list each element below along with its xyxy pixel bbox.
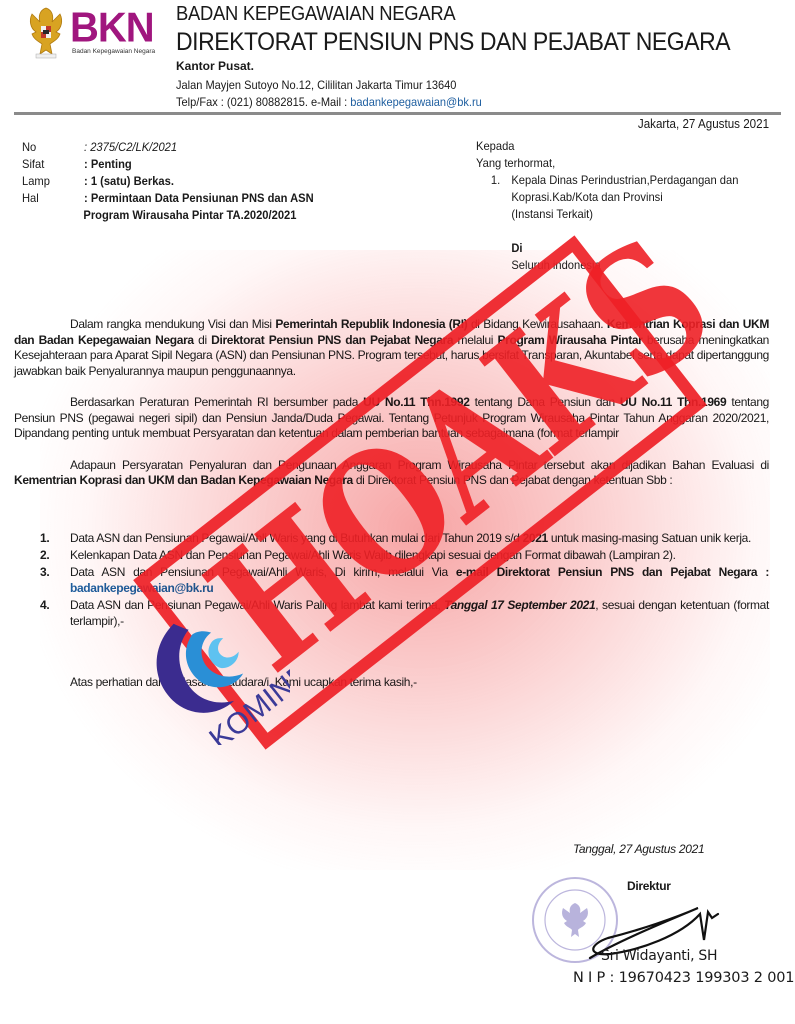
emphasized-text: Direktorat Pensiun PNS dan Pejabat Negar… <box>211 333 453 347</box>
meta-key: Hal <box>22 190 80 207</box>
list-text-run: e-mail Direktorat Pensiun PNS dan Pejaba… <box>456 565 769 579</box>
meta-row-attachment: Lamp : 1 (satu) Berkas. <box>22 173 331 190</box>
signature-date: Tanggal, 27 Agustus 2021 <box>573 842 704 856</box>
garuda-emblem-icon <box>26 4 66 60</box>
bkn-logo-subtitle: Badan Kepegawaian Negara <box>72 48 155 55</box>
signatory-title: Direktur <box>627 879 671 893</box>
letter-page: BKN Badan Kepegawaian Negara BADAN KEPEG… <box>0 0 795 1024</box>
meta-key: Sifat <box>22 156 80 173</box>
meta-value: : Penting <box>84 156 132 173</box>
institution-name: BADAN KEPEGAWAIAN NEGARA <box>176 2 455 26</box>
office-address: Jalan Mayjen Sutoyo No.12, Cililitan Jak… <box>176 78 456 92</box>
body-text: Dalam rangka mendukung Visi dan Misi <box>70 317 275 331</box>
body-text: Berdasarkan Peraturan Pemerintah RI bers… <box>70 395 363 409</box>
list-item-number: 4. <box>40 597 70 629</box>
recipient-item-line: Koprasi.Kab/Kota dan Provinsi <box>476 189 738 206</box>
meta-subject-continuation: Program Wirausaha Pintar TA.2020/2021 <box>22 207 309 224</box>
list-item-number: 2. <box>40 547 70 563</box>
meta-key: Lamp <box>22 173 80 190</box>
list-text-run: untuk masing-masing Satuan unik kerja. <box>548 531 751 545</box>
emphasized-text: Pemerintah Republik Indonesia (RI) <box>275 317 467 331</box>
office-contact: Telp/Fax : (021) 80882815. e-Mail : bada… <box>176 95 482 109</box>
contact-email-link[interactable]: badankepegawaian@bk.ru <box>350 95 482 109</box>
bkn-logo: BKN Badan Kepegawaian Negara <box>22 4 162 60</box>
recipient-item-number: 1. <box>491 172 511 189</box>
directorate-name: DIREKTORAT PENSIUN PNS DAN PEJABAT NEGAR… <box>176 27 730 57</box>
letterhead-divider <box>14 112 781 115</box>
recipient-salutation: Yang terhormat, <box>476 155 738 172</box>
meta-row-subject: Hal : Permintaan Data Pensiunan PNS dan … <box>22 190 331 207</box>
meta-row-nature: Sifat : Penting <box>22 156 331 173</box>
body-text: di <box>194 333 211 347</box>
recipient-item: 1.Kepala Dinas Perindustrian,Perdagangan… <box>476 172 738 189</box>
recipient-greeting: Kepada <box>476 138 738 155</box>
letter-meta: No : 2375/C2/LK/2021 Sifat : Penting Lam… <box>22 139 331 224</box>
meta-value: : Permintaan Data Pensiunan PNS dan ASN <box>84 190 314 207</box>
signatory-name: Sri Widayanti, SH <box>601 948 717 964</box>
list-item-number: 1. <box>40 530 70 546</box>
list-item-number: 3. <box>40 564 70 596</box>
office-label: Kantor Pusat. <box>176 59 254 73</box>
meta-row-number: No : 2375/C2/LK/2021 <box>22 139 331 156</box>
letter-date: Jakarta, 27 Agustus 2021 <box>638 117 769 131</box>
kominfo-logo-icon: KOMINFO <box>150 595 290 745</box>
list-text-run: Tanggal 17 September 2021 <box>444 598 595 612</box>
signatory-nip: N I P : 19670423 199303 2 001 <box>573 970 794 986</box>
meta-key: No <box>22 139 80 156</box>
meta-value: : 1 (satu) Berkas. <box>84 173 174 190</box>
bkn-logo-text: BKN <box>70 5 154 51</box>
contact-phone: Telp/Fax : (021) 80882815. e-Mail : <box>176 95 350 109</box>
meta-value: : 2375/C2/LK/2021 <box>84 139 177 156</box>
